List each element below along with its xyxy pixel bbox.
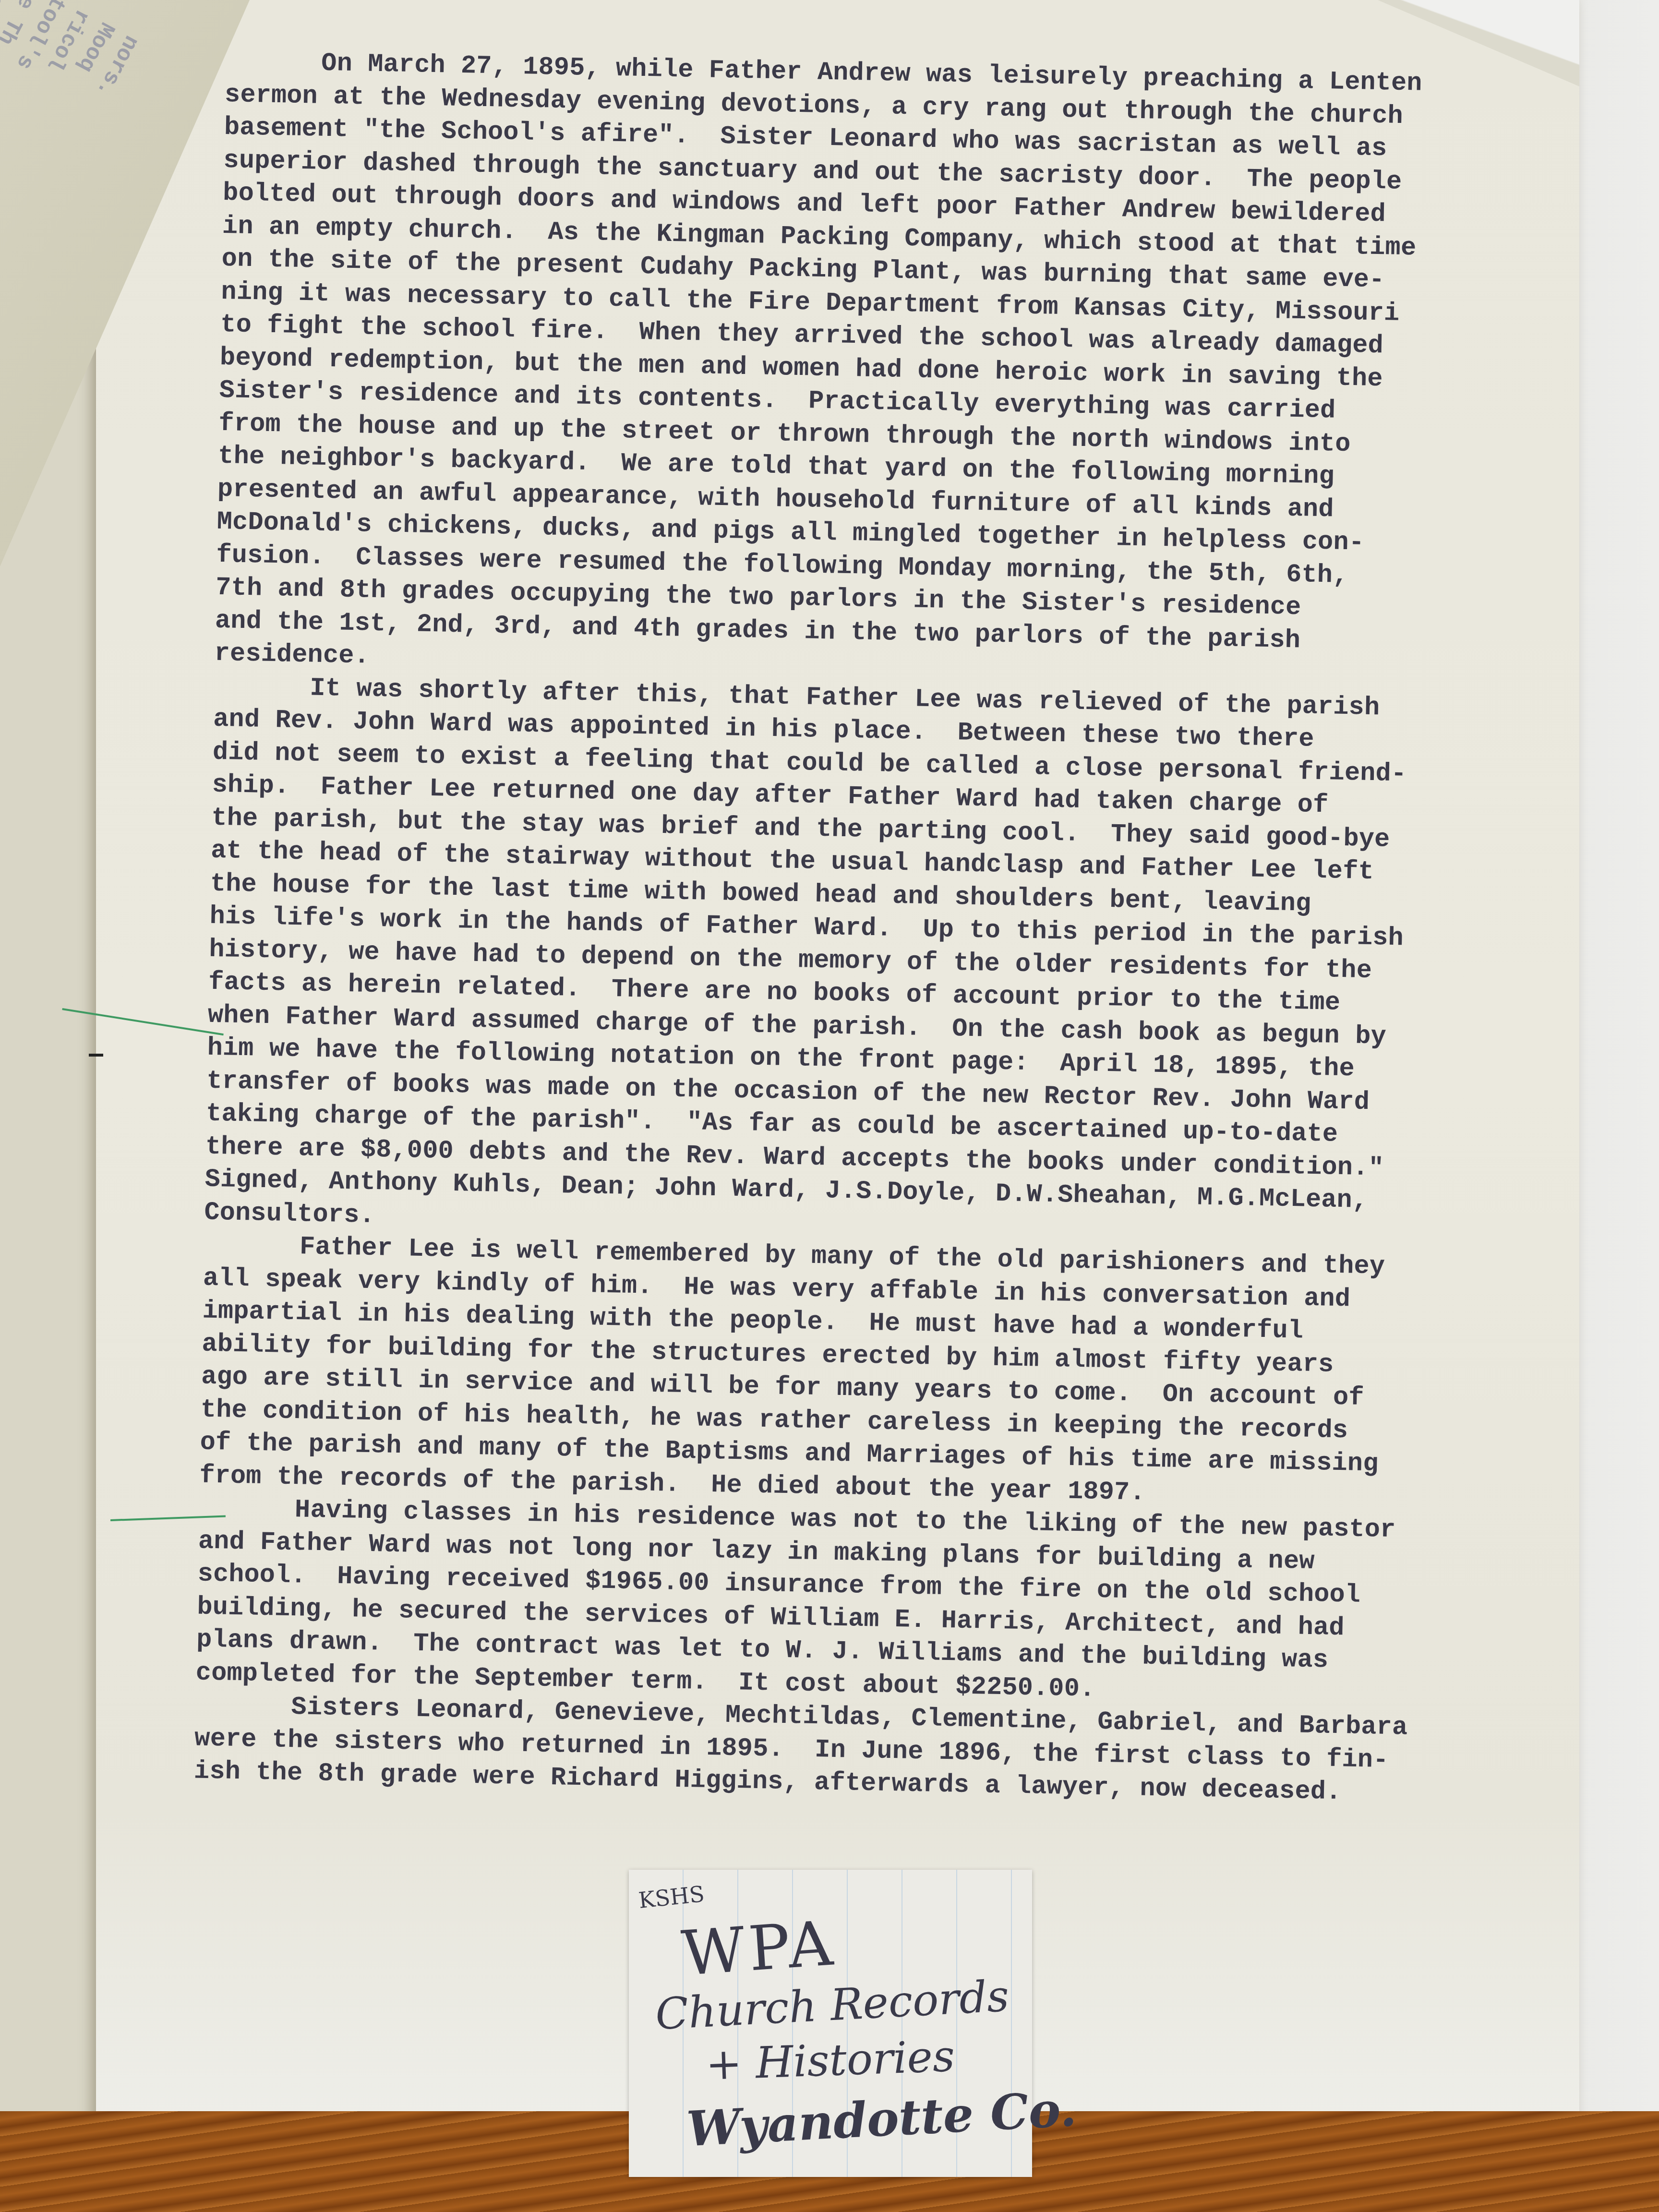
margin-tick-mark — [89, 1054, 103, 1057]
curled-page-text: nors.Mooqricoltool'sre Thricitns on — [0, 0, 145, 114]
card-county-label: Wyandotte Co. — [685, 2080, 1078, 2157]
document-body: On March 27, 1895, while Father Andrew w… — [193, 46, 1550, 1812]
card-wpa-label: WPA — [679, 1908, 839, 1990]
handwritten-index-card: KSHS WPA Church Records + Histories Wyan… — [629, 1870, 1032, 2177]
card-kshs-label: KSHS — [637, 1881, 706, 1913]
card-histories-label: + Histories — [705, 2031, 955, 2090]
